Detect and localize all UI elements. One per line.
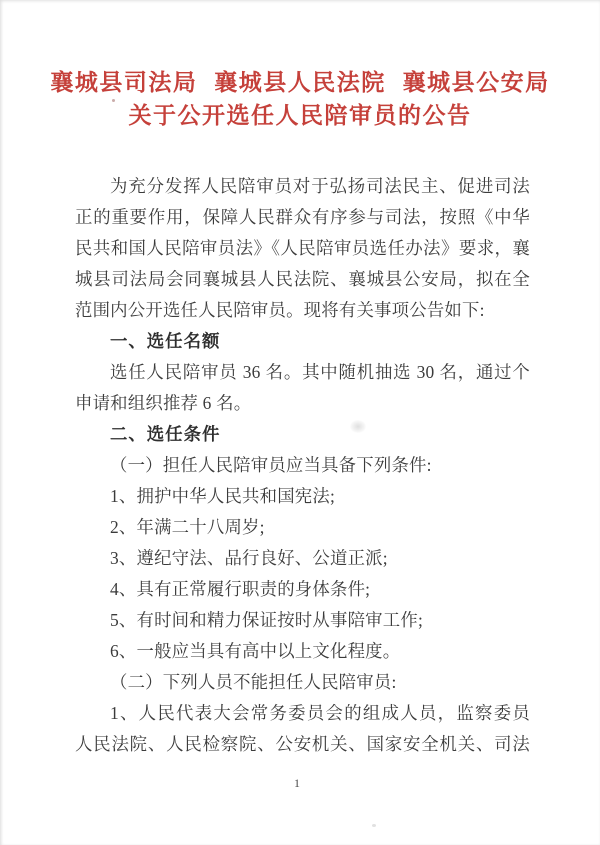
page-number: 1 bbox=[0, 776, 594, 791]
text-line: 选任人民陪审员 36 名。其中随机抽选 30 名，通过个人 bbox=[75, 357, 530, 388]
text-line: 6、一般应当具有高中以上文化程度。 bbox=[75, 636, 530, 667]
document-page: 襄城县司法局 襄城县人民法院 襄城县公安局 关于公开选任人民陪审员的公告 为充分… bbox=[0, 0, 600, 845]
section-heading: 二、选任条件 bbox=[75, 419, 530, 450]
text-line: 城县司法局会同襄城县人民法院、襄城县公安局，拟在全县 bbox=[75, 264, 530, 295]
text-line: 3、遵纪守法、品行良好、公道正派; bbox=[75, 543, 530, 574]
title-line-subject: 关于公开选任人民陪审员的公告 bbox=[0, 99, 600, 132]
text-line: 为充分发挥人民陪审员对于弘扬司法民主、促进司法公 bbox=[75, 171, 530, 202]
section-heading: 一、选任名额 bbox=[75, 326, 530, 357]
text-line: （二）下列人员不能担任人民陪审员: bbox=[75, 667, 530, 698]
text-line: 5、有时间和精力保证按时从事陪审工作; bbox=[75, 605, 530, 636]
text-line: 民共和国人民陪审员法》《人民陪审员选任办法》要求，襄 bbox=[75, 233, 530, 264]
title-line-agencies: 襄城县司法局 襄城县人民法院 襄城县公安局 bbox=[0, 66, 600, 99]
text-line: （一）担任人民陪审员应当具备下列条件: bbox=[75, 450, 530, 481]
text-line: 4、具有正常履行职责的身体条件; bbox=[75, 574, 530, 605]
scan-artifact-smudge bbox=[350, 420, 366, 433]
document-body: 为充分发挥人民陪审员对于弘扬司法民主、促进司法公正的重要作用，保障人民群众有序参… bbox=[75, 171, 530, 760]
text-line: 人民法院、人民检察院、公安机关、国家安全机关、司法行 bbox=[75, 729, 530, 760]
text-line: 申请和组织推荐 6 名。 bbox=[75, 388, 530, 419]
document-title: 襄城县司法局 襄城县人民法院 襄城县公安局 关于公开选任人民陪审员的公告 bbox=[0, 66, 600, 132]
scan-artifact-dot bbox=[112, 99, 115, 102]
text-line: 1、拥护中华人民共和国宪法; bbox=[75, 481, 530, 512]
text-line: 范围内公开选任人民陪审员。现将有关事项公告如下: bbox=[75, 295, 530, 326]
text-line: 正的重要作用，保障人民群众有序参与司法，按照《中华人 bbox=[75, 202, 530, 233]
text-line: 2、年满二十八周岁; bbox=[75, 512, 530, 543]
scan-artifact-speck bbox=[372, 824, 376, 827]
text-line: 1、人民代表大会常务委员会的组成人员，监察委员会、 bbox=[75, 698, 530, 729]
